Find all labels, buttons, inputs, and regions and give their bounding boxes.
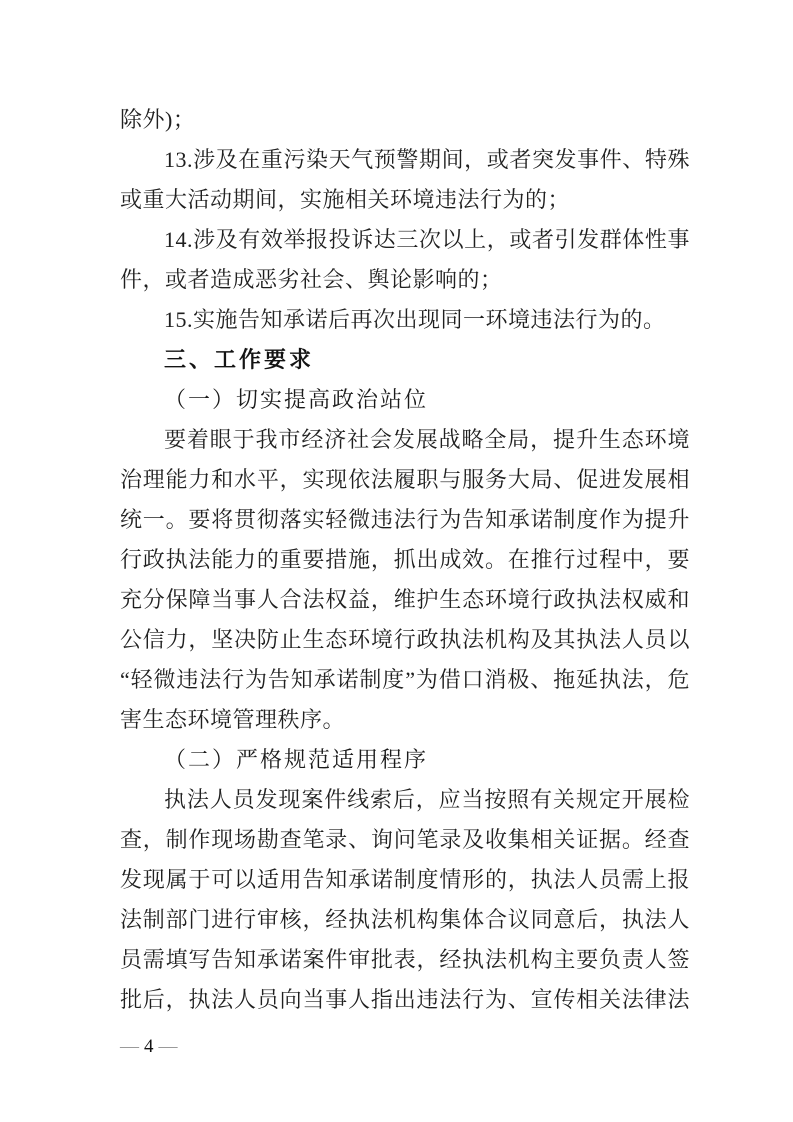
text-line: 除外)；	[120, 100, 690, 140]
text-line: 统一。要将贯彻落实轻微违法行为告知承诺制度作为提升	[120, 500, 690, 540]
text-line: 执法人员发现案件线索后，应当按照有关规定开展检	[120, 780, 690, 820]
text-line: 批后，执法人员向当事人指出违法行为、宣传相关法律法	[120, 980, 690, 1020]
text-line: 发现属于可以适用告知承诺制度情形的，执法人员需上报	[120, 860, 690, 900]
paragraph-heading-2: （二）严格规范适用程序	[120, 740, 690, 780]
paragraph-body: 要着眼于我市经济社会发展战略全局，提升生态环境治理能力和水平，实现依法履职与服务…	[120, 420, 690, 740]
page-number: 4	[144, 1036, 154, 1057]
document-body: 除外)；13.涉及在重污染天气预警期间，或者突发事件、特殊或重大活动期间，实施相…	[120, 100, 690, 1020]
paragraph-heading-2: （一）切实提高政治站位	[120, 380, 690, 420]
page-number-dash-left: —	[120, 1036, 139, 1057]
text-line: 充分保障当事人合法权益，维护生态环境行政执法权威和	[120, 580, 690, 620]
text-line: （一）切实提高政治站位	[120, 380, 690, 420]
paragraph-heading-1: 三、工作要求	[120, 340, 690, 380]
paragraph-body: 执法人员发现案件线索后，应当按照有关规定开展检查，制作现场勘查笔录、询问笔录及收…	[120, 780, 690, 1020]
text-line: 公信力，坚决防止生态环境行政执法机构及其执法人员以	[120, 620, 690, 660]
text-line: 查，制作现场勘查笔录、询问笔录及收集相关证据。经查	[120, 820, 690, 860]
page-number-dash-right: —	[159, 1036, 178, 1057]
text-line: 法制部门进行审核，经执法机构集体合议同意后，执法人	[120, 900, 690, 940]
text-line: 13.涉及在重污染天气预警期间，或者突发事件、特殊	[120, 140, 690, 180]
paragraph-body-continuation: 除外)；	[120, 100, 690, 140]
paragraph-list-item: 13.涉及在重污染天气预警期间，或者突发事件、特殊或重大活动期间，实施相关环境违…	[120, 140, 690, 220]
paragraph-list-item: 15.实施告知承诺后再次出现同一环境违法行为的。	[120, 300, 690, 340]
text-line: 15.实施告知承诺后再次出现同一环境违法行为的。	[120, 300, 690, 340]
paragraph-list-item: 14.涉及有效举报投诉达三次以上，或者引发群体性事件，或者造成恶劣社会、舆论影响…	[120, 220, 690, 300]
text-line: 治理能力和水平，实现依法履职与服务大局、促进发展相	[120, 460, 690, 500]
text-line: 件，或者造成恶劣社会、舆论影响的；	[120, 260, 690, 300]
text-line: 害生态环境管理秩序。	[120, 700, 690, 740]
text-line: （二）严格规范适用程序	[120, 740, 690, 780]
text-line: 要着眼于我市经济社会发展战略全局，提升生态环境	[120, 420, 690, 460]
text-line: 14.涉及有效举报投诉达三次以上，或者引发群体性事	[120, 220, 690, 260]
text-line: “轻微违法行为告知承诺制度”为借口消极、拖延执法，危	[120, 660, 690, 700]
text-line: 行政执法能力的重要措施，抓出成效。在推行过程中，要	[120, 540, 690, 580]
text-line: 员需填写告知承诺案件审批表，经执法机构主要负责人签	[120, 940, 690, 980]
page-footer: —4—	[120, 1036, 178, 1058]
text-line: 三、工作要求	[120, 340, 690, 380]
document-page: 除外)；13.涉及在重污染天气预警期间，或者突发事件、特殊或重大活动期间，实施相…	[0, 0, 793, 1122]
text-line: 或重大活动期间，实施相关环境违法行为的；	[120, 180, 690, 220]
